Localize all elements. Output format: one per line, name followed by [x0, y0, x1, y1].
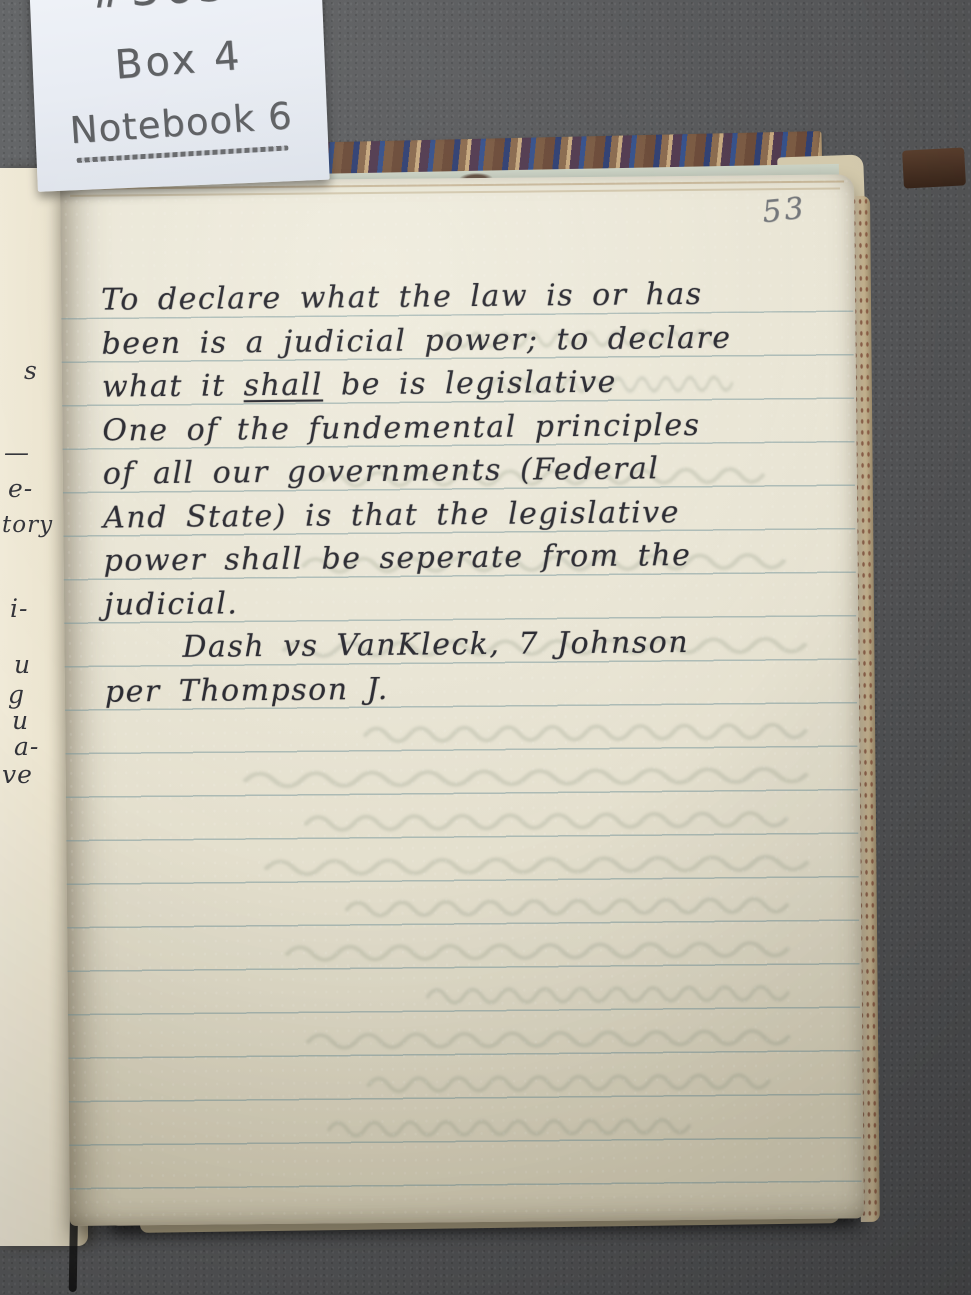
- case-citation-line: per Thompson J.: [105, 663, 845, 714]
- handwriting-segment: be is legislative: [323, 365, 617, 403]
- left-page-text-fragment: ve: [2, 760, 33, 789]
- handwriting-line: To declare what the law is or has: [101, 272, 841, 323]
- note-box-label: Box 4: [31, 27, 326, 95]
- handwriting-line: power shall be seperate from the: [103, 532, 843, 583]
- handwriting-line: been is a judicial power; to declare: [101, 315, 841, 366]
- left-page-text-fragment: —: [4, 438, 30, 467]
- left-page-text-fragment: e-: [8, 474, 33, 503]
- photo-of-notebook: s — e- tory i- u g u a- ve: [0, 0, 971, 1295]
- left-page-text-fragment: tory: [2, 512, 53, 538]
- left-page-text-fragment: u: [14, 650, 31, 679]
- page-number: 53: [761, 191, 808, 230]
- underlined-word: shall: [243, 367, 323, 403]
- handwriting-segment: what it: [102, 368, 244, 404]
- handwriting-line: One of the fundemental principles: [102, 402, 842, 453]
- note-accession-number: #3654: [28, 0, 323, 22]
- left-page-text-fragment: i-: [10, 594, 28, 623]
- handwriting-line: And State) is that the legislative: [103, 489, 843, 540]
- left-page-text-fragment: s: [24, 356, 38, 385]
- archival-sticky-note: #3654 Box 4 Notebook 6: [28, 0, 330, 192]
- handwriting-line: judicial.: [104, 576, 844, 627]
- handwritten-text: To declare what the law is or has been i…: [101, 272, 845, 714]
- left-page-text-fragment: a-: [14, 732, 39, 761]
- book-spine-corner: [902, 147, 966, 188]
- left-page-text-fragment: g: [8, 680, 25, 709]
- handwriting-line: what it shall be is legislative: [102, 359, 842, 410]
- handwriting-line: of all our governments (Federal: [103, 446, 843, 497]
- left-page-text-fragment: u: [12, 706, 29, 735]
- notebook-page: 53 To declare what the law is or has bee…: [60, 174, 864, 1226]
- case-citation-line: Dash vs VanKleck, 7 Johnson: [104, 619, 844, 670]
